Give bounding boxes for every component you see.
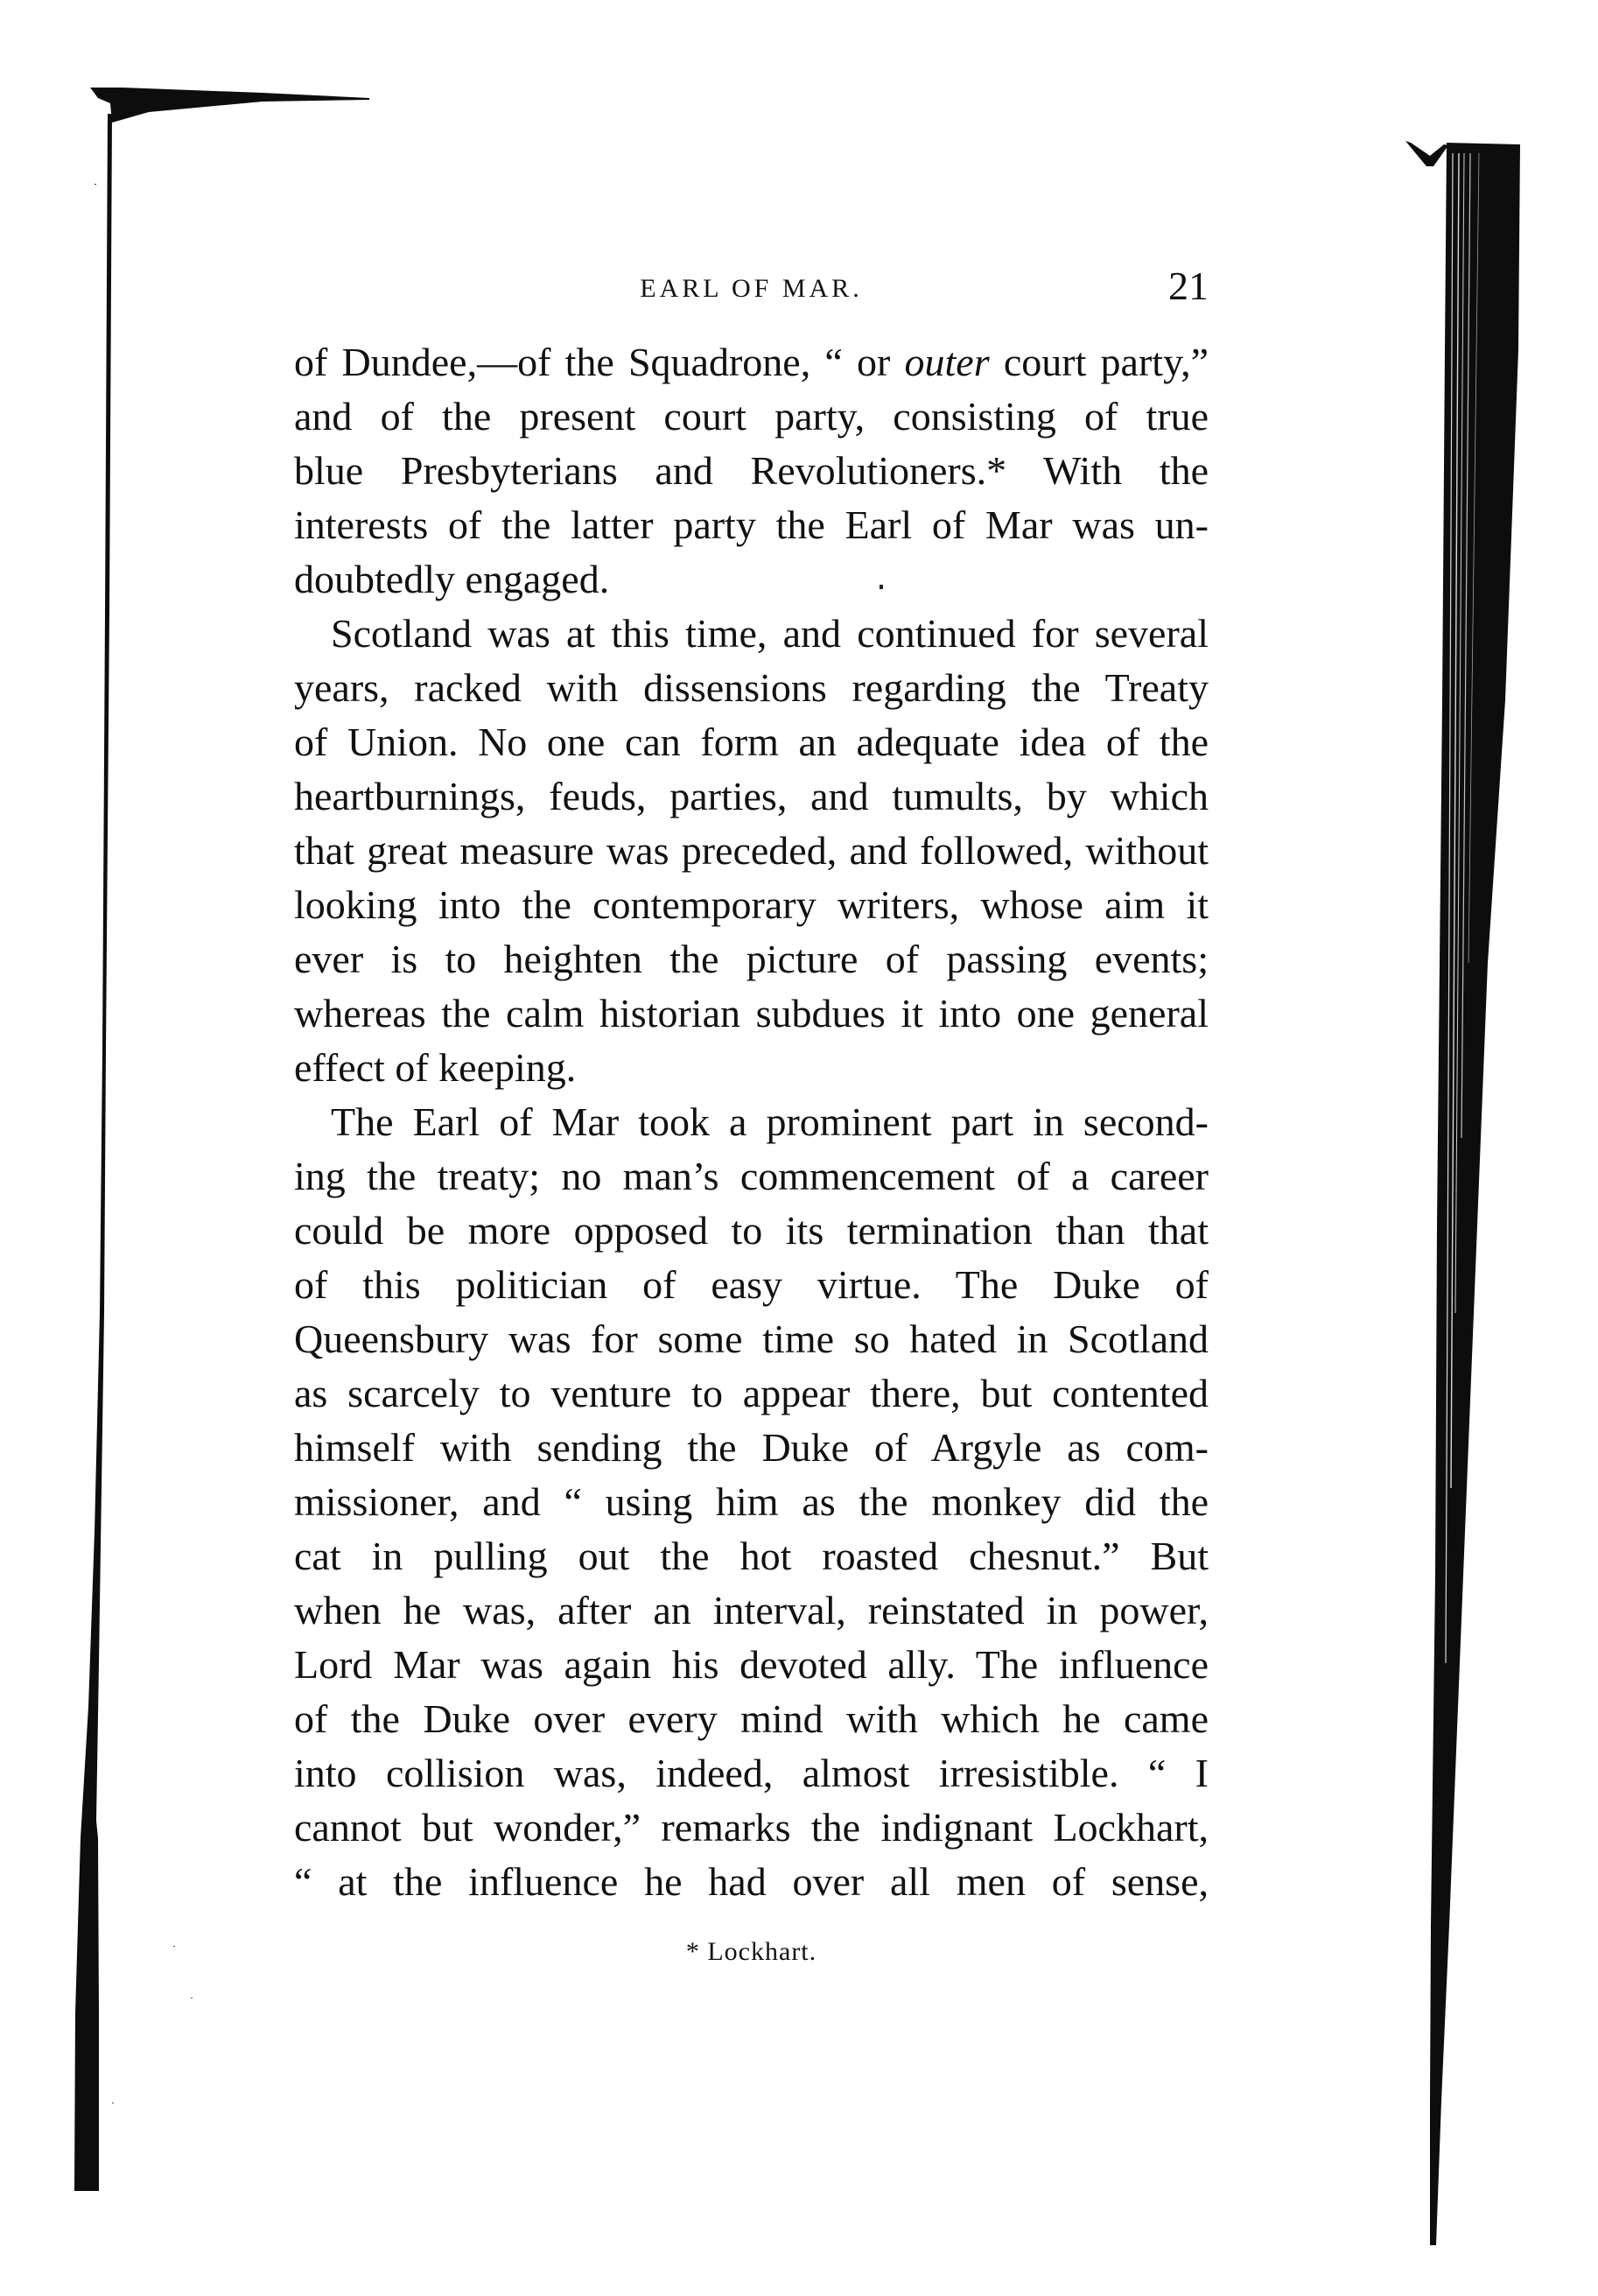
text-line: of the Duke over every mind with which h… (294, 1692, 1209, 1746)
text-line: doubtedly engaged. (294, 552, 1209, 607)
text-line: The Earl of Mar took a prominent part in… (294, 1095, 1209, 1149)
text-line: years, racked with dissensions regarding… (294, 661, 1209, 715)
text-line: ing the treaty; no man’s commencement of… (294, 1149, 1209, 1204)
running-title: EARL OF MAR. (294, 271, 1209, 306)
text-line: interests of the latter party the Earl o… (294, 498, 1209, 552)
text-line: whereas the calm historian subdues it in… (294, 987, 1209, 1041)
text-line: cat in pulling out the hot roasted chesn… (294, 1529, 1209, 1583)
text-line: of Dundee,—of the Squadrone, “ or outer … (294, 335, 1209, 390)
text-line: looking into the contemporary writers, w… (294, 878, 1209, 932)
footnote: * Lockhart. (294, 1934, 1209, 1970)
text-line: and of the present court party, consisti… (294, 390, 1209, 444)
paragraph: The Earl of Mar took a prominent part in… (294, 1095, 1209, 1909)
text-line: “ at the influence he had over all men o… (294, 1855, 1209, 1909)
speck (880, 585, 883, 589)
right-fore-edge-artifact (1365, 0, 1598, 2296)
text-line: could be more opposed to its termination… (294, 1204, 1209, 1258)
text-line: missioner, and “ using him as the monkey… (294, 1475, 1209, 1529)
book-page: EARL OF MAR. 21 of Dundee,—of the Squadr… (0, 0, 1598, 2296)
text-line: Scotland was at this time, and continued… (294, 607, 1209, 661)
text-line: blue Presbyterians and Revolutioners.* W… (294, 444, 1209, 498)
body-text: of Dundee,—of the Squadrone, “ or outer … (294, 335, 1209, 1909)
text-line: into collision was, indeed, almost irres… (294, 1746, 1209, 1801)
text-line: as scarcely to venture to appear there, … (294, 1366, 1209, 1421)
text-line: himself with sending the Duke of Argyle … (294, 1421, 1209, 1475)
page-number: 21 (1168, 264, 1209, 308)
text-line: Lord Mar was again his devoted ally. The… (294, 1638, 1209, 1692)
text-line: of Union. No one can form an adequate id… (294, 715, 1209, 769)
italic-emphasis: outer (905, 340, 990, 384)
paragraph: Scotland was at this time, and continued… (294, 607, 1209, 1095)
text-line: heartburnings, feuds, parties, and tumul… (294, 769, 1209, 824)
text-line: when he was, after an interval, reinstat… (294, 1583, 1209, 1638)
text-line: effect of keeping. (294, 1041, 1209, 1095)
text-line: ever is to heighten the picture of passi… (294, 932, 1209, 987)
paragraph: of Dundee,—of the Squadrone, “ or outer … (294, 335, 1209, 607)
text-line: that great measure was preceded, and fol… (294, 824, 1209, 878)
text-line: Queensbury was for some time so hated in… (294, 1312, 1209, 1366)
text-line: cannot but wonder,” remarks the indignan… (294, 1801, 1209, 1855)
running-header: EARL OF MAR. 21 (294, 264, 1209, 308)
text-line: of this politician of easy virtue. The D… (294, 1258, 1209, 1312)
